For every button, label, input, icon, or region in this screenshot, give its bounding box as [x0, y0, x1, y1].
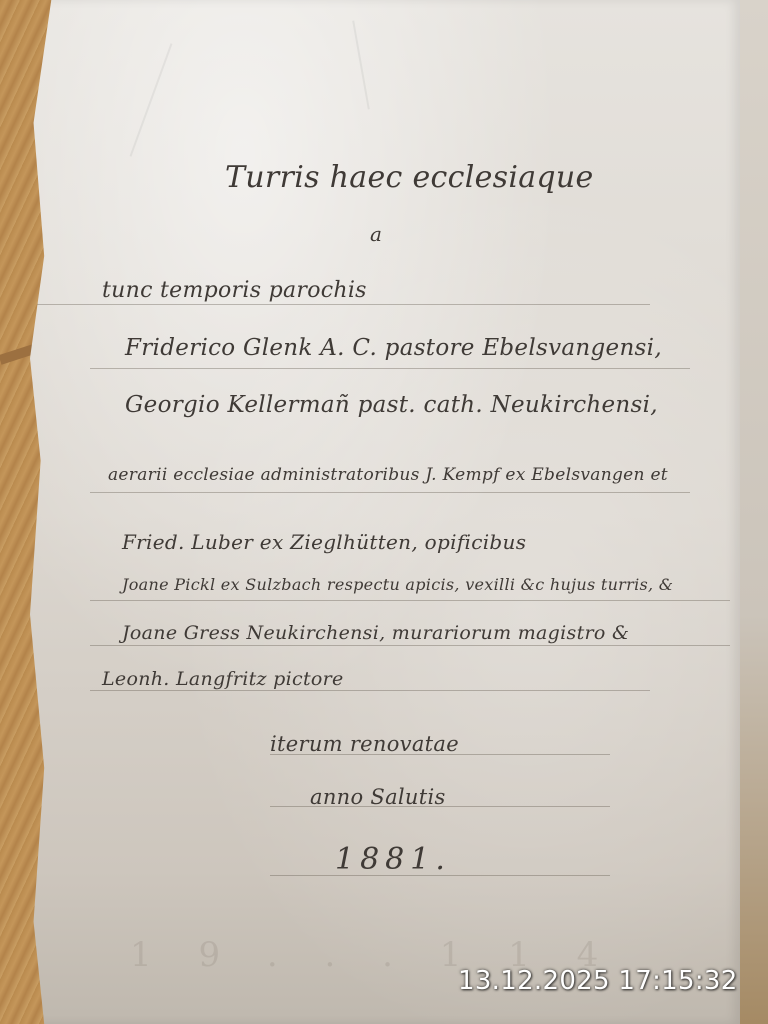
- text-line-2: Friderico Glenk A. C. pastore Ebelsvange…: [125, 335, 662, 361]
- text-line-7: Joane Gress Neukirchensi, murariorum mag…: [122, 622, 629, 644]
- paper-crease: [352, 21, 370, 110]
- ruled-line: [30, 304, 650, 305]
- ruled-line: [90, 492, 690, 493]
- ruled-line: [90, 645, 730, 646]
- document-title: Turris haec ecclesiaque: [225, 160, 594, 195]
- document-page: Turris haec ecclesiaque a tunc temporis …: [30, 0, 740, 1024]
- ruled-line: [90, 690, 650, 691]
- preposition: a: [370, 222, 382, 246]
- closing-line-1: iterum renovatae: [270, 732, 459, 756]
- text-line-6: Joane Pickl ex Sulzbach respectu apicis,…: [122, 575, 673, 594]
- ruled-line: [90, 600, 730, 601]
- background-paper-edge: [736, 0, 768, 1024]
- ruled-line: [270, 806, 610, 807]
- text-line-8: Leonh. Langfritz pictore: [102, 668, 344, 690]
- ruled-line: [90, 368, 690, 369]
- paper-crease: [130, 43, 173, 156]
- ruled-line: [270, 754, 610, 755]
- text-line-3: Georgio Kellermañ past. cath. Neukirchen…: [125, 392, 658, 418]
- ruled-line: [270, 875, 610, 876]
- text-line-4: aerarii ecclesiae administratoribus J. K…: [108, 465, 668, 485]
- text-line-5: Fried. Luber ex Zieglhütten, opificibus: [122, 530, 526, 554]
- year: 1881.: [335, 842, 451, 877]
- photo-timestamp: 13.12.2025 17:15:32: [458, 966, 738, 996]
- text-line-1: tunc temporis parochis: [102, 278, 367, 303]
